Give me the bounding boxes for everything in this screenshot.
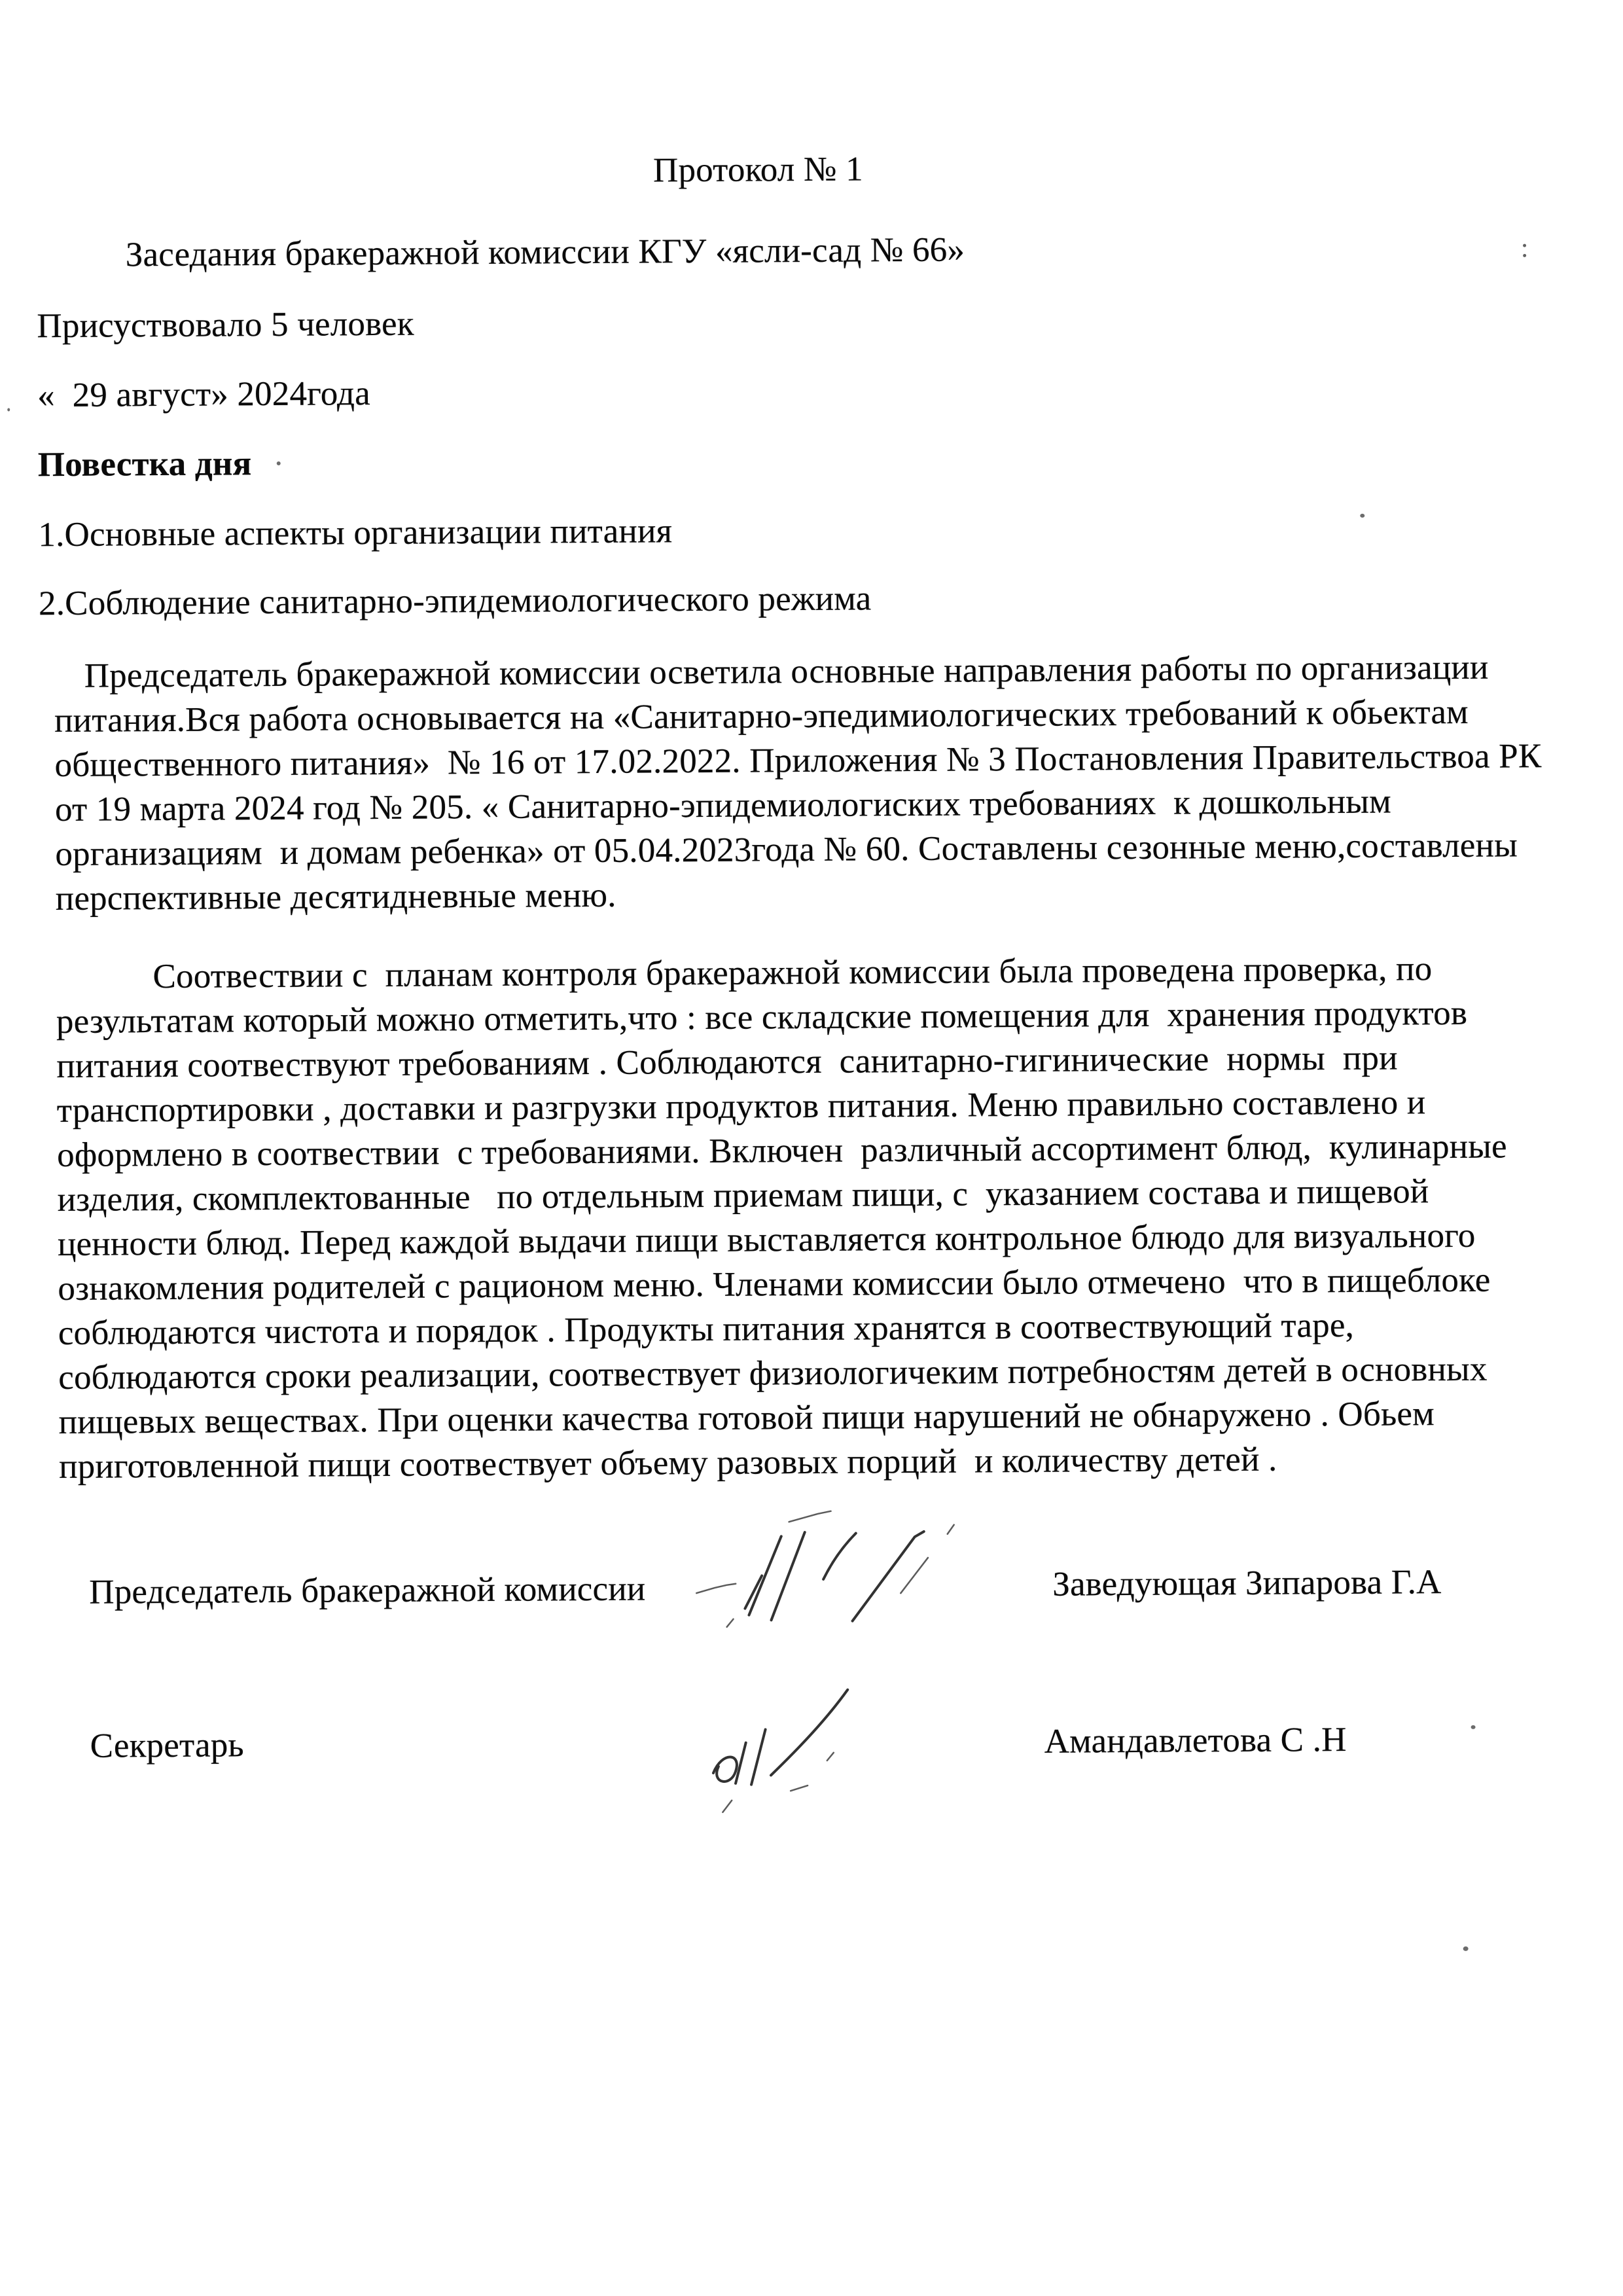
signature-role-chair: Председатель бракеражной комиссии xyxy=(89,1569,645,1613)
signature-name-secretary: Амандавлетова С .Н xyxy=(1044,1719,1346,1762)
scan-speck xyxy=(1463,1946,1469,1951)
handwritten-signature-secretary xyxy=(672,1662,935,1820)
date-line: « 29 август» 2024года xyxy=(37,373,370,416)
agenda-heading: Повестка дня xyxy=(38,443,252,485)
body-paragraph-1: Председатель бракеражной комиссии освети… xyxy=(54,645,1543,921)
scan-speck xyxy=(7,408,10,411)
document-sheet: Протокол № 1 Заседания бракеражной комис… xyxy=(0,0,1623,2296)
body-paragraph-2: Соотвествии с планам контроля бракеражно… xyxy=(56,946,1509,1490)
agenda-item-1: 1.Основные аспекты организации питания xyxy=(38,511,672,555)
scan-speck xyxy=(1360,514,1364,518)
scan-artifact-colon: : xyxy=(1521,232,1529,264)
scan-speck xyxy=(277,461,281,465)
scanned-document-page: Протокол № 1 Заседания бракеражной комис… xyxy=(0,0,1623,2296)
signature-name-chair: Заведующая Зипарова Г.А xyxy=(1052,1562,1442,1605)
handwritten-signature-chair xyxy=(684,1494,999,1653)
document-subtitle: Заседания бракеражной комиссии КГУ «ясли… xyxy=(126,230,965,276)
scan-speck xyxy=(1471,1725,1476,1729)
attendance-line: Присуствовало 5 человек xyxy=(37,304,414,347)
agenda-item-2: 2.Соблюдение санитарно-эпидемиологическо… xyxy=(39,578,872,624)
document-title: Протокол № 1 xyxy=(653,149,863,190)
signature-role-secretary: Секретарь xyxy=(90,1725,244,1766)
